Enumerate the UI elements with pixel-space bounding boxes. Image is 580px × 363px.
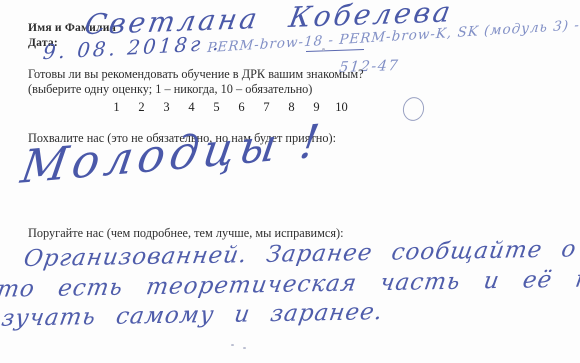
critique-section-label: Поругайте нас (чем подробнее, тем лучше,… [28,226,344,241]
recommend-question-line1: Готовы ли вы рекомендовать обучение в ДР… [28,67,364,82]
rating-option-6: 6 [229,100,254,115]
handwritten-critique-line3: изучать самому и заранее. [0,299,385,332]
rating-option-3: 3 [154,100,179,115]
handwritten-date: 9. 08. 2018г . [42,31,223,65]
scan-speck [243,347,246,349]
handwritten-praise: Молодцы ! [17,114,327,194]
feedback-form-scan: Имя и Фамилия Дата: Светлана Кобелева 9.… [0,0,580,363]
rating-option-1: 1 [104,100,129,115]
rating-option-10: 10 [329,100,354,115]
rating-option-7: 7 [254,100,279,115]
recommend-question-line2: (выберите одну оценку; 1 – никогда, 10 –… [28,82,312,97]
rating-option-5: 5 [204,100,229,115]
rating-scale: 1 2 3 4 5 6 7 8 9 10 [104,100,354,115]
scan-speck [322,48,325,51]
rating-option-4: 4 [179,100,204,115]
pen-circle-selected-rating [400,95,426,123]
rating-option-2: 2 [129,100,154,115]
scan-speck [231,344,234,346]
rating-option-8: 8 [279,100,304,115]
